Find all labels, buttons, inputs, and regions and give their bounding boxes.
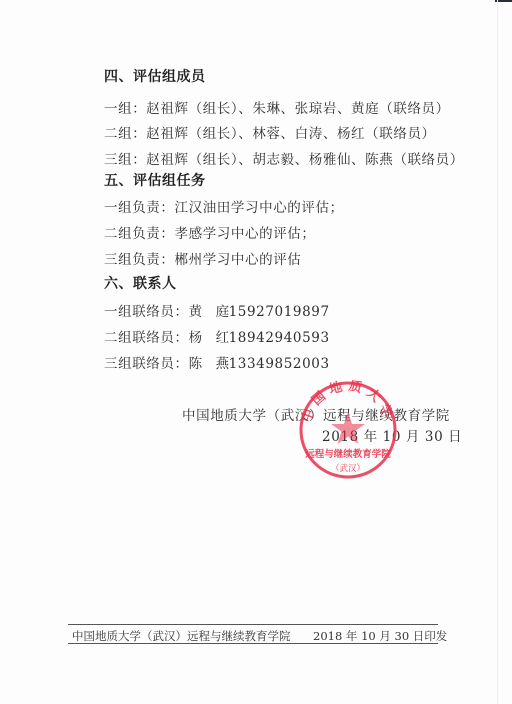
section-heading-members: 四、评估组成员 [104,66,206,86]
footer-top-rule [68,624,438,625]
contact-label: 二组联络员： [104,330,189,346]
member-line-group-3: 三组：赵祖辉（组长）、胡志毅、杨雅仙、陈燕（联络员） [104,148,464,168]
official-seal-icon: 中国地质大学 远程与继续教育学院 （武汉） [296,378,400,482]
contact-phone: 13349852003 [229,356,330,372]
member-line-group-2: 二组：赵祖辉（组长）、林蓉、白涛、杨红（联络员） [104,122,436,142]
contact-label: 一组联络员： [104,304,189,320]
page-edge [497,0,498,704]
contact-line-group-3: 三组联络员：陈 燕13349852003 [104,352,330,372]
contact-line-group-2: 二组联络员：杨 红18942940593 [104,326,330,346]
member-line-group-1: 一组：赵祖辉（组长）、朱琳、张琼岩、黄庭（联络员） [104,97,450,117]
contact-name: 陈 燕 [189,352,229,372]
contact-phone: 15927019897 [229,304,330,320]
contact-line-group-1: 一组联络员：黄 庭15927019897 [104,300,330,320]
task-line-group-1: 一组负责：江汉油田学习中心的评估； [104,196,344,216]
contact-name: 杨 红 [189,326,229,346]
section-heading-contacts: 六、联系人 [104,273,177,293]
footer-issuer: 中国地质大学（武汉）远程与继续教育学院 [72,628,291,644]
contact-name: 黄 庭 [189,300,229,320]
seal-sub-text: （武汉） [331,463,365,474]
contact-label: 三组联络员： [104,356,189,372]
section-heading-tasks: 五、评估组任务 [104,170,206,190]
task-line-group-2: 二组负责：孝感学习中心的评估； [104,222,316,242]
task-line-group-3: 三组负责：郴州学习中心的评估 [104,248,301,268]
document-page: 四、评估组成员 一组：赵祖辉（组长）、朱琳、张琼岩、黄庭（联络员） 二组：赵祖辉… [0,0,512,704]
footer-bottom-rule [68,643,438,644]
footer-issue-date: 2018 年 10 月 30 日印发 [313,628,447,644]
contact-phone: 18942940593 [229,330,330,346]
seal-bottom-text: 远程与继续教育学院 [305,448,391,460]
